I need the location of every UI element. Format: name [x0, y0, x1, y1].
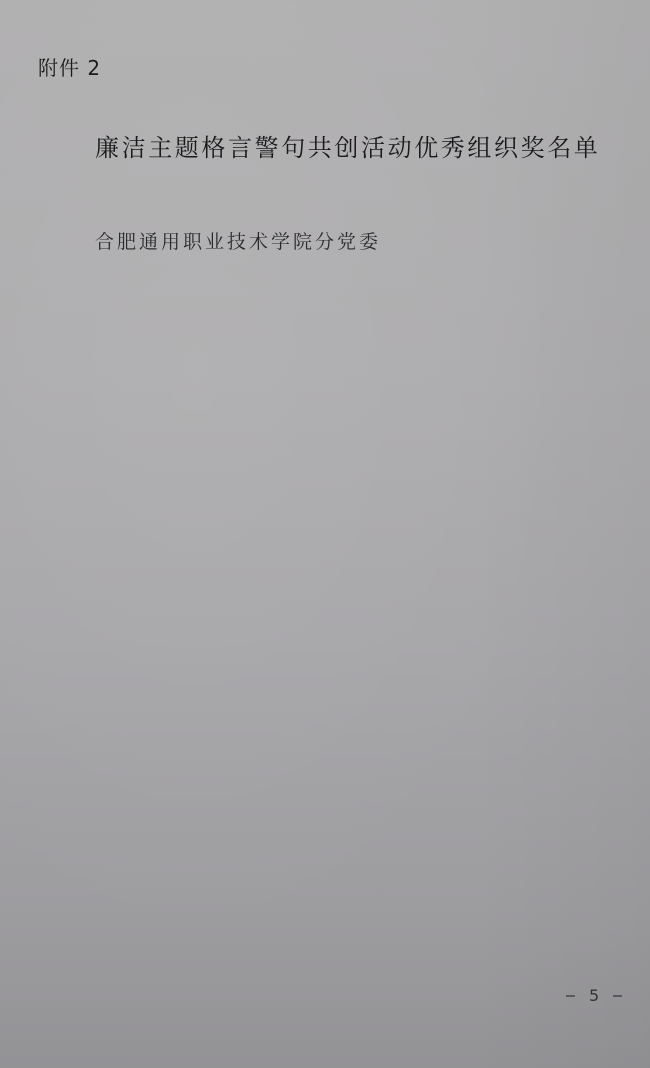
page-footer: 5	[566, 985, 622, 1007]
document-title: 廉洁主题格言警句共创活动优秀组织奖名单	[95, 131, 600, 165]
dash-right-icon	[613, 995, 622, 997]
document-page: 附件 2 廉洁主题格言警句共创活动优秀组织奖名单 合肥通用职业技术学院分党委 5	[0, 0, 650, 1068]
award-entry-organization: 合肥通用职业技术学院分党委	[95, 228, 381, 256]
attachment-label: 附件 2	[38, 55, 101, 81]
page-number: 5	[589, 985, 599, 1007]
dash-left-icon	[566, 995, 575, 997]
